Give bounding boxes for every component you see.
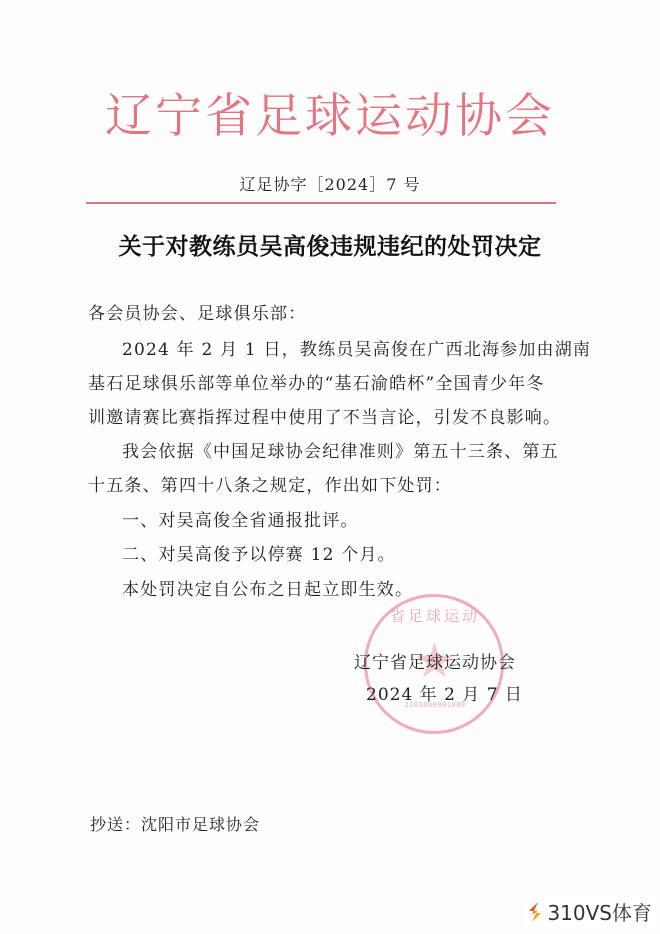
paragraph1-line2: 基石足球俱乐部等单位举办的“基石渝皓杯”全国青少年冬 [88, 369, 568, 394]
organization-header: 辽宁省足球运动协会 [0, 86, 660, 148]
document-page: 辽宁省足球运动协会 辽足协字［2024］7 号 关于对教练员吴高俊违规违纪的处罚… [0, 0, 660, 934]
paragraph2-line1: 我会依据《中国足球协会纪律准则》第五十三条、第五 [122, 437, 602, 462]
salutation: 各会员协会、足球俱乐部： [88, 299, 568, 324]
paragraph1-line1: 2024 年 2 月 1 日，教练员吴高俊在广西北海参加由湖南 [122, 335, 602, 360]
effective-statement: 本处罚决定自公布之日起立即生效。 [122, 575, 602, 600]
watermark-text: 310VS体育 [547, 897, 652, 926]
watermark: 310VS体育 [523, 895, 656, 928]
paragraph2-line2: 十五条、第四十八条之规定，作出如下处罚： [88, 471, 568, 496]
penalty-item-1: 一、对吴高俊全省通报批评。 [122, 506, 602, 531]
signature-date: 2024 年 2 月 7 日 [366, 680, 523, 705]
brand-logo-icon [527, 901, 543, 923]
header-divider [86, 202, 556, 204]
signature-organization: 辽宁省足球运动协会 [354, 648, 516, 673]
document-number: 辽足协字［2024］7 号 [0, 172, 660, 195]
penalty-item-2: 二、对吴高俊予以停赛 12 个月。 [122, 540, 602, 565]
carbon-copy: 抄送：沈阳市足球协会 [90, 812, 260, 835]
paragraph1-line3: 训邀请赛比赛指挥过程中使用了不当言论，引发不良影响。 [88, 403, 568, 428]
seal-arc-text: 省足球运动 [385, 605, 485, 626]
document-title: 关于对教练员吴高俊违规违纪的处罚决定 [0, 228, 660, 261]
